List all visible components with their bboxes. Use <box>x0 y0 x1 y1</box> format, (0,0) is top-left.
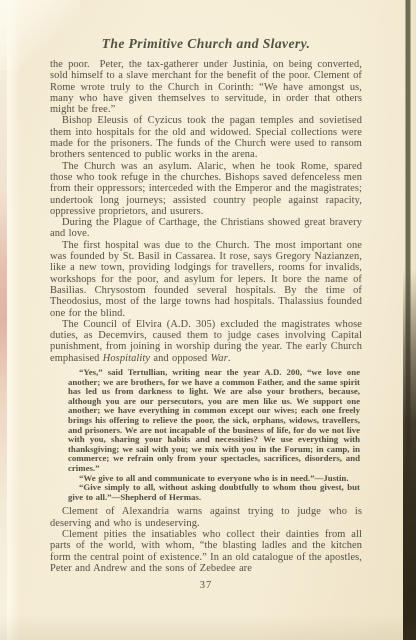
paragraph-continuation: the poor.Peter, the tax-gatherer under J… <box>50 59 362 115</box>
page-text-block: The Primitive Church and Slavery. the po… <box>50 36 362 591</box>
paragraph-text: and opposed <box>150 353 211 364</box>
paragraph: Clement of Alexandria warns against tryi… <box>50 506 362 529</box>
paragraph-lead: the poor. <box>50 59 90 70</box>
paragraph: The Church was an asylum. Alaric, when h… <box>50 161 362 217</box>
scanned-book-page: The Primitive Church and Slavery. the po… <box>0 0 416 640</box>
paragraph: Clement pities the insatiables who colle… <box>50 529 362 574</box>
quote-shepherd-of-hermas: “Give simply to all, without asking doub… <box>68 483 360 502</box>
page-bottom-shade <box>0 614 416 640</box>
page-left-highlight <box>7 0 21 640</box>
blockquote: “Yes,” said Tertullian, writing near the… <box>68 368 360 502</box>
paragraph-text: Peter, the tax-gatherer under Justinia, … <box>50 59 362 115</box>
paragraph: Bishop Eleusis of Cyzicus took the pagan… <box>50 115 362 160</box>
emphasised-word: Hospitality <box>103 353 150 364</box>
quote-tertullian: “Yes,” said Tertullian, writing near the… <box>68 368 360 474</box>
page-left-edge <box>0 0 7 640</box>
paragraph: The first hospital was due to the Church… <box>50 240 362 319</box>
paragraph: The Council of Elvira (A.D. 305) exclude… <box>50 319 362 364</box>
emphasised-word: War <box>211 353 228 364</box>
page-title: The Primitive Church and Slavery. <box>50 36 362 52</box>
book-right-edge <box>403 0 416 640</box>
page-number: 37 <box>50 580 362 591</box>
paragraph: During the Plague of Carthage, the Chris… <box>50 217 362 240</box>
paragraph-text: . <box>228 353 231 364</box>
